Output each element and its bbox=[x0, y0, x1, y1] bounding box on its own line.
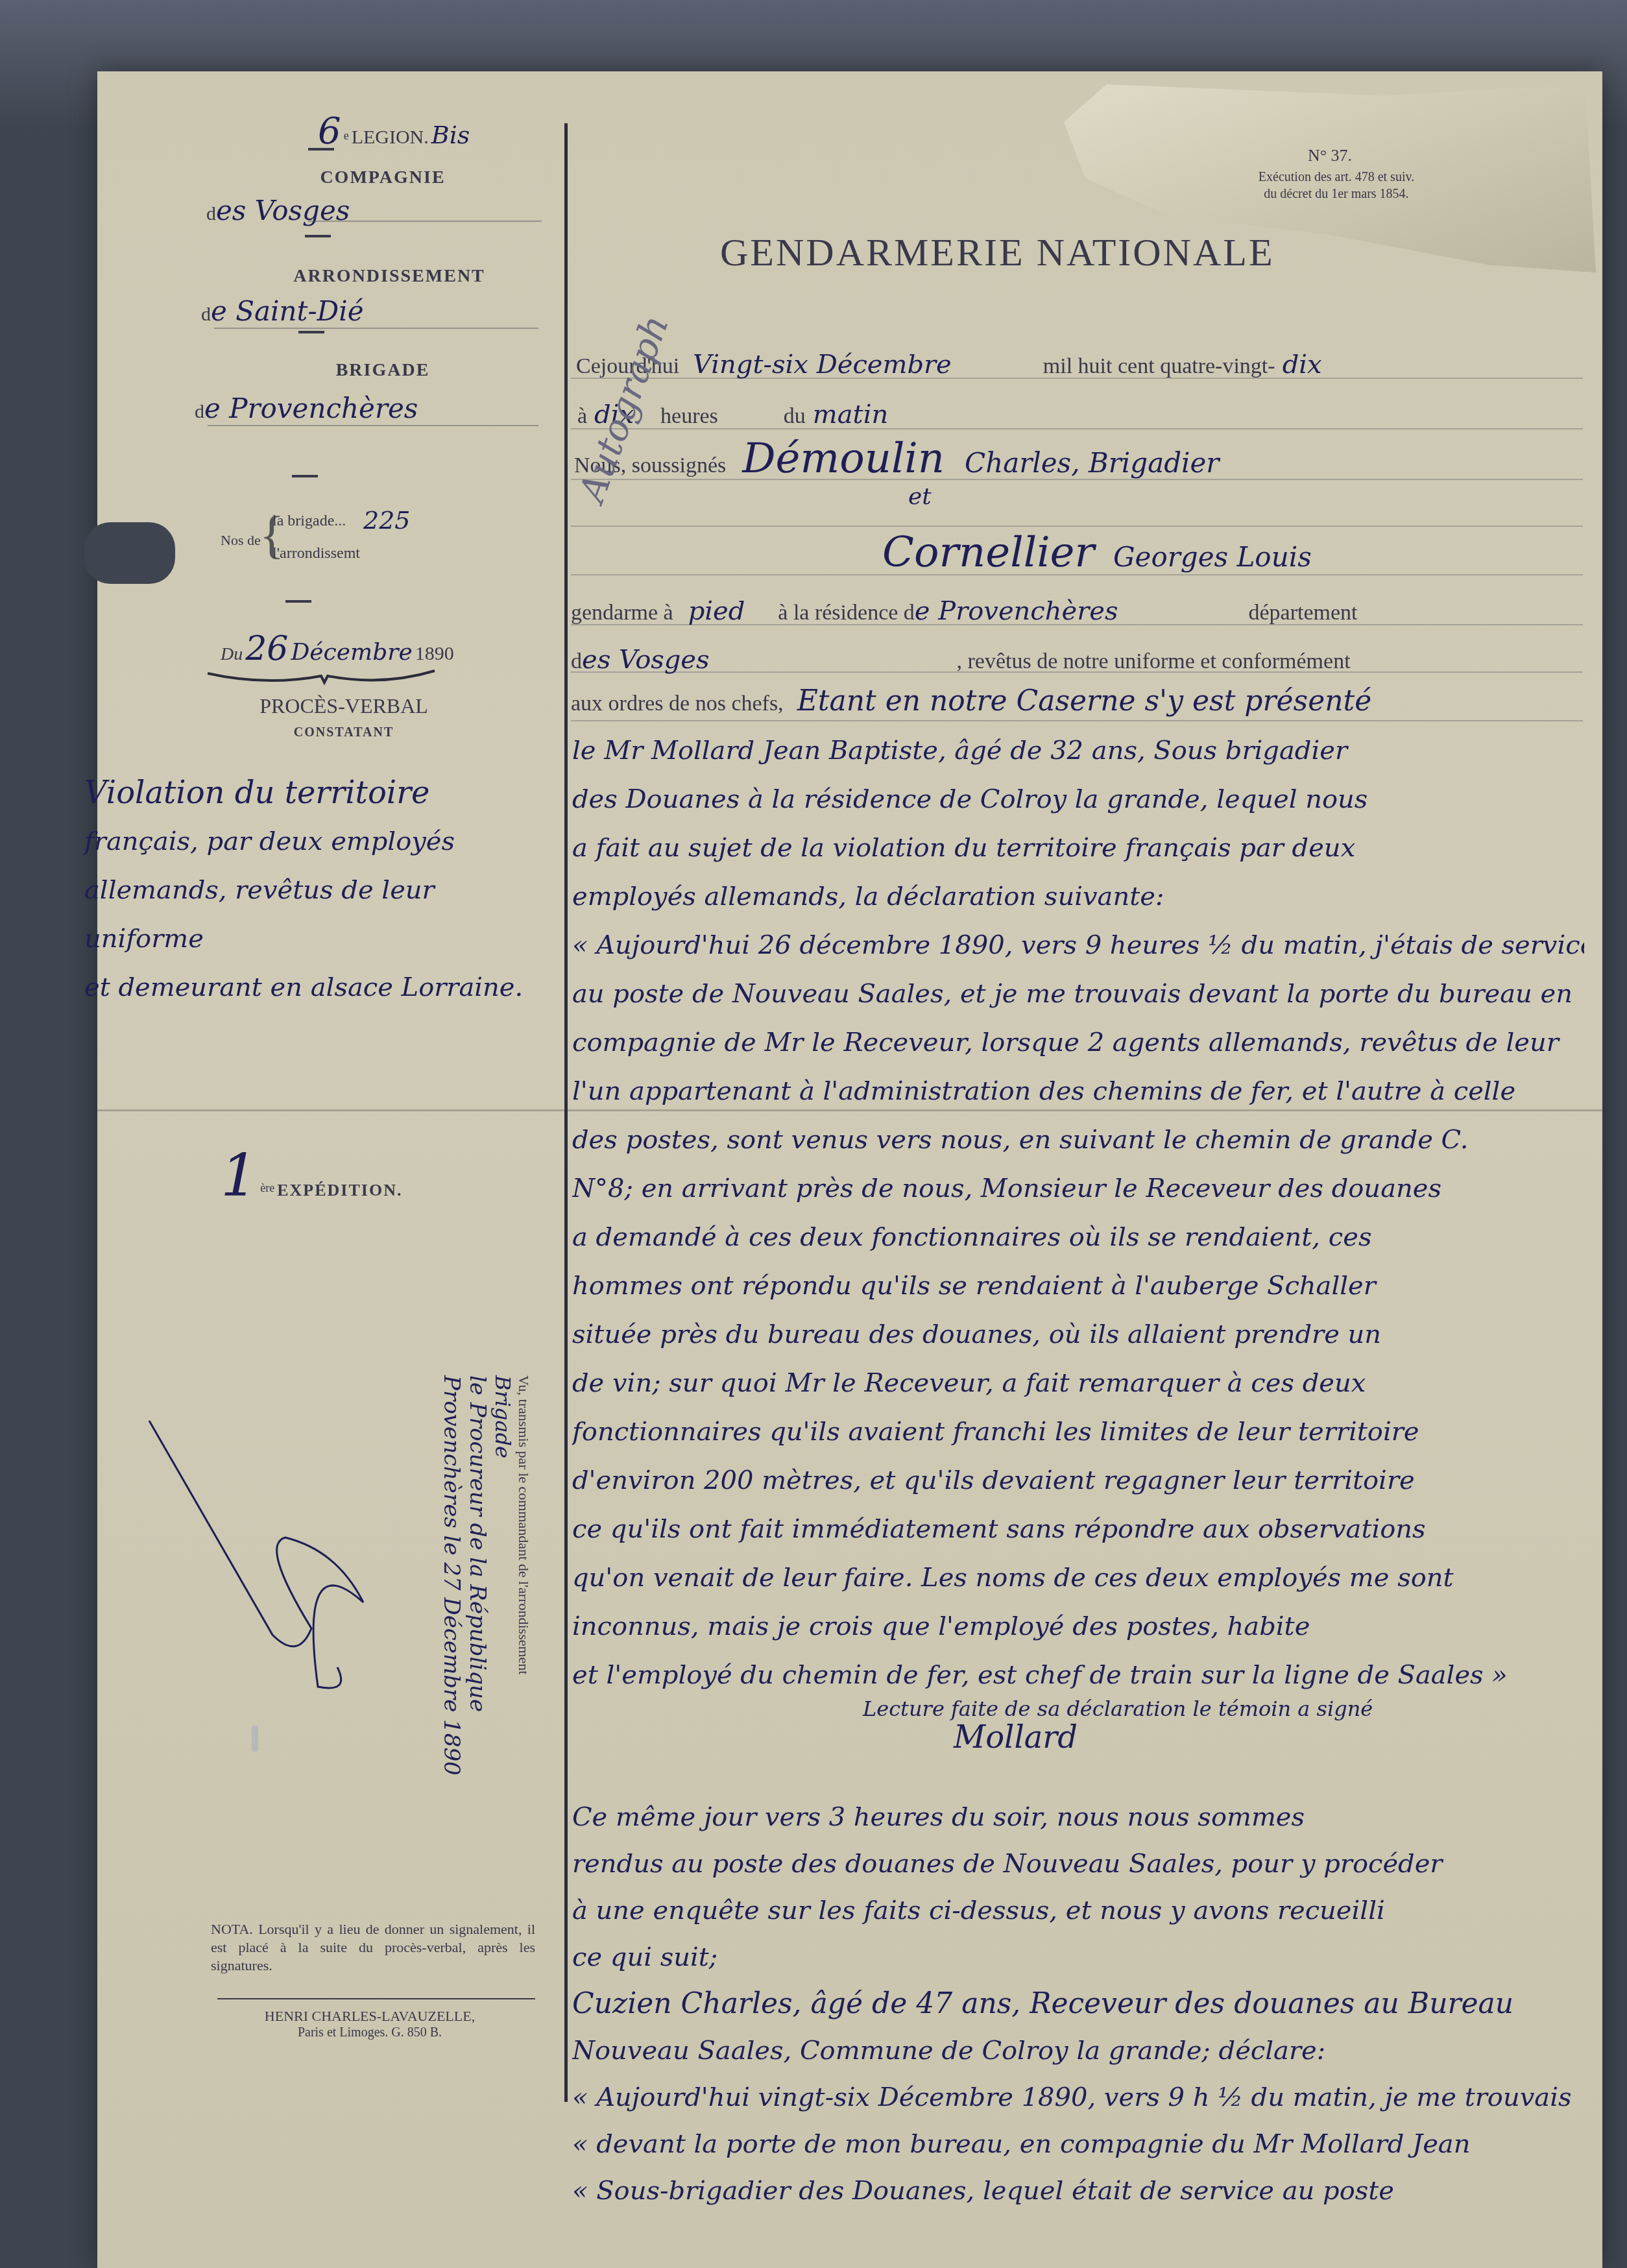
transmission-block: Vu, transmis par le commandant de l'arro… bbox=[439, 1375, 532, 1868]
narrative: le Mr Mollard Jean Baptiste, âgé de 32 a… bbox=[572, 727, 1584, 1700]
proces-verbal-label: PROCÈS-VERBAL bbox=[214, 694, 474, 718]
date-year: 1890 bbox=[415, 643, 454, 664]
constatant-label: CONSTATANT bbox=[214, 725, 474, 740]
narrative-2: Ce même jour vers 3 heures du soir, nous… bbox=[572, 1794, 1584, 2214]
column-divider bbox=[564, 123, 568, 2102]
form-reference-2: du décret du 1er mars 1854. bbox=[1168, 187, 1505, 202]
brigade-label: BRIGADE bbox=[253, 360, 512, 381]
numbers-label: Nos de bbox=[221, 532, 261, 549]
arrondissement-field: de Saint-Dié bbox=[201, 295, 364, 327]
narrative-line: compagnie de Mr le Receveur, lorsque 2 a… bbox=[572, 1019, 1584, 1067]
legion-number: 6 bbox=[318, 110, 341, 152]
narrative-line: « devant la porte de mon bureau, en comp… bbox=[572, 2121, 1584, 2167]
form-number: N° 37. bbox=[1200, 146, 1460, 165]
subject: Violation du territoire français, par de… bbox=[84, 769, 551, 1012]
expedition: 1 ère EXPÉDITION. bbox=[221, 1142, 402, 1210]
narrative-line: rendus au poste des douanes de Nouveau S… bbox=[572, 1840, 1584, 1887]
pin bbox=[252, 1726, 258, 1752]
narrative-line: Ce même jour vers 3 heures du soir, nous… bbox=[572, 1794, 1584, 1840]
date-month: Décembre bbox=[291, 639, 412, 666]
narrative-line: et l'employé du chemin de fer, est chef … bbox=[572, 1651, 1584, 1700]
narrative-line: située près du bureau des douanes, où il… bbox=[572, 1310, 1584, 1359]
printer-name: HENRI CHARLES-LAVAUZELLE, bbox=[208, 2008, 532, 2025]
narrative-line: fonctionnaires qu'ils avaient franchi le… bbox=[572, 1408, 1584, 1456]
narrative-line: N°8; en arrivant près de nous, Monsieur … bbox=[572, 1164, 1584, 1213]
orders-line: aux ordres de nos chefs, Etant en notre … bbox=[571, 684, 1371, 718]
arrondissement-label: ARRONDISSEMENT bbox=[240, 266, 538, 287]
brigade-field: de Provenchères bbox=[195, 392, 418, 424]
narrative-line: l'un appartenant à l'administration des … bbox=[572, 1067, 1584, 1116]
expedition-label: EXPÉDITION. bbox=[277, 1181, 402, 1200]
narrative-line: ce qui suit; bbox=[572, 1934, 1584, 1981]
narrative-line: « Aujourd'hui 26 décembre 1890, vers 9 h… bbox=[572, 921, 1584, 970]
compagnie-label: COMPAGNIE bbox=[253, 167, 512, 188]
legion-handwritten: Bis bbox=[431, 121, 470, 149]
brigade-value: e Provenchères bbox=[204, 392, 418, 424]
numbers-arrondissement-label: l'arrondissemt bbox=[272, 545, 360, 562]
narrative-line: « Sous-brigadier des Douanes, lequel éta… bbox=[572, 2167, 1584, 2214]
narrative-line: qu'on venait de leur faire. Les noms de … bbox=[572, 1554, 1584, 1602]
second-gendarme-line: Cornellier Georges Louis bbox=[882, 529, 1312, 577]
legion-label: LEGION. bbox=[352, 127, 429, 148]
narrative-line: au poste de Nouveau Saales, et je me tro… bbox=[572, 970, 1584, 1019]
narrative-line: Cuzien Charles, âgé de 47 ans, Receveur … bbox=[572, 1981, 1584, 2027]
commander-signature bbox=[143, 1414, 376, 1700]
narrative-line: de vin; sur quoi Mr le Receveur, a fait … bbox=[572, 1359, 1584, 1408]
date-line: Cejourd'hui Vingt-six Décembre mil huit … bbox=[576, 347, 1322, 380]
narrative-line: hommes ont répondu qu'ils se rendaient à… bbox=[572, 1262, 1584, 1310]
legion-block: 6 e LEGION. Bis bbox=[318, 110, 470, 152]
narrative-line: le Mr Mollard Jean Baptiste, âgé de 32 a… bbox=[572, 727, 1584, 775]
reading-note: Lecture faite de sa déclaration le témoi… bbox=[863, 1696, 1373, 1721]
punched-hole bbox=[84, 522, 175, 584]
form-reference-1: Exécution des art. 478 et suiv. bbox=[1168, 170, 1505, 185]
narrative-line: à une enquête sur les faits ci-dessus, e… bbox=[572, 1887, 1584, 1934]
numbers-brigade-value: 225 bbox=[363, 506, 411, 535]
report-date: Du 26 Décembre 1890 bbox=[221, 629, 454, 668]
witness-signature: Mollard bbox=[954, 1719, 1078, 1755]
printer-location: Paris et Limoges. G. 850 B. bbox=[208, 2025, 532, 2040]
narrative-line: ce qu'ils ont fait immédiatement sans ré… bbox=[572, 1505, 1584, 1554]
narrative-line: inconnus, mais je crois que l'employé de… bbox=[572, 1602, 1584, 1651]
date-day: 26 bbox=[245, 629, 288, 668]
undersigned-line: Nous, soussignés Démoulin Charles, Briga… bbox=[574, 435, 1219, 483]
narrative-line: a fait au sujet de la violation du terri… bbox=[572, 824, 1584, 873]
narrative-line: Nouveau Saales, Commune de Colroy la gra… bbox=[572, 2027, 1584, 2074]
narrative-line: d'environ 200 mètres, et qu'ils devaient… bbox=[572, 1456, 1584, 1505]
document-title: GENDARMERIE NATIONALE bbox=[720, 230, 1275, 275]
ornament-rule bbox=[208, 668, 441, 688]
department-line: des Vosges , revêtus de notre uniforme e… bbox=[571, 642, 1351, 675]
narrative-line: « Aujourd'hui vingt-six Décembre 1890, v… bbox=[572, 2074, 1584, 2121]
narrative-line: des Douanes à la résidence de Colroy la … bbox=[572, 775, 1584, 824]
residence-line: gendarme à pied à la résidence de Proven… bbox=[571, 594, 1358, 627]
expedition-number: 1 bbox=[221, 1142, 258, 1210]
numbers-brigade-label: la brigade... bbox=[272, 513, 346, 530]
arrondissement-value: e Saint-Dié bbox=[211, 295, 364, 327]
narrative-line: des postes, sont venus vers nous, en sui… bbox=[572, 1116, 1584, 1164]
narrative-line: employés allemands, la déclaration suiva… bbox=[572, 873, 1584, 921]
nota: NOTA. Lorsqu'il y a lieu de donner un si… bbox=[211, 1920, 535, 1975]
narrative-line: a demandé à ces deux fonctionnaires où i… bbox=[572, 1213, 1584, 1262]
